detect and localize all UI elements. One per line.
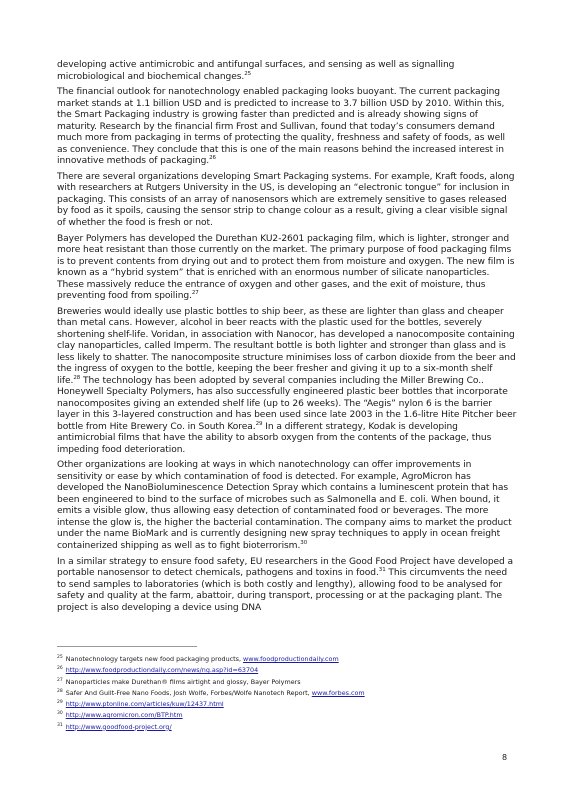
footnote-text: Safer And Guilt-Free Nano Foods, Josh Wo… — [66, 689, 312, 697]
footnote-separator — [57, 646, 197, 647]
paragraph-text: Breweries would ideally use plastic bott… — [57, 307, 516, 386]
paragraph: developing active antimicrobic and antif… — [57, 60, 517, 83]
paragraph-text: Bayer Polymers has developed the Duretha… — [57, 234, 514, 302]
page-number: 8 — [502, 753, 507, 762]
paragraph: Other organizations are looking at ways … — [57, 460, 517, 552]
paragraph: Breweries would ideally use plastic bott… — [57, 307, 517, 457]
footnote-link[interactable]: http://www.ptonline.com/articles/kuw/124… — [66, 700, 224, 708]
footnote-number: 31 — [57, 723, 63, 728]
footnote-text: Nanoparticles make Durethan® films airti… — [66, 678, 301, 686]
footnote-link[interactable]: www.forbes.com — [312, 689, 365, 697]
footnote-link[interactable]: http://www.agromicron.com/BTP.htm — [66, 711, 183, 719]
footnote: 27Nanoparticles make Durethan® films air… — [57, 677, 527, 688]
footnote-ref[interactable]: 30 — [300, 540, 307, 546]
footnote: 29http://www.ptonline.com/articles/kuw/1… — [57, 699, 527, 710]
footnote-number: 29 — [57, 700, 63, 705]
document-body: developing active antimicrobic and antif… — [57, 60, 517, 618]
footnote-ref[interactable]: 31 — [379, 567, 386, 573]
footnote-number: 30 — [57, 711, 63, 716]
footnote-text: Nanotechnology targets new food packagin… — [66, 655, 243, 663]
footnote-number: 27 — [57, 678, 63, 683]
footnote-link[interactable]: http://www.goodfood-project.org/ — [66, 723, 172, 731]
paragraph-text: The financial outlook for nanotechnology… — [57, 87, 505, 166]
paragraph: Bayer Polymers has developed the Duretha… — [57, 234, 517, 303]
footnote-ref[interactable]: 25 — [244, 71, 251, 77]
footnote-number: 26 — [57, 666, 63, 671]
footnote-number: 28 — [57, 689, 63, 694]
footnote: 26http://www.foodproductiondaily.com/new… — [57, 665, 527, 676]
paragraph: There are several organizations developi… — [57, 172, 517, 230]
paragraph-text: Other organizations are looking at ways … — [57, 460, 512, 551]
paragraph: The financial outlook for nanotechnology… — [57, 87, 517, 168]
paragraph: In a similar strategy to ensure food saf… — [57, 557, 517, 615]
footnote: 28Safer And Guilt-Free Nano Foods, Josh … — [57, 688, 527, 699]
paragraph-text: There are several organizations developi… — [57, 172, 514, 228]
footnote-link[interactable]: www.foodproductiondaily.com — [243, 655, 339, 663]
paragraph-text: developing active antimicrobic and antif… — [57, 60, 454, 82]
footnote: 30http://www.agromicron.com/BTP.htm — [57, 710, 527, 721]
footnote: 25Nanotechnology targets new food packag… — [57, 654, 527, 665]
footnote: 31http://www.goodfood-project.org/ — [57, 722, 527, 733]
footnote-ref[interactable]: 27 — [192, 290, 199, 296]
footnote-link[interactable]: http://www.foodproductiondaily.com/news/… — [66, 666, 258, 674]
footnotes: 25Nanotechnology targets new food packag… — [57, 654, 527, 733]
footnote-ref[interactable]: 26 — [209, 155, 216, 161]
footnote-number: 25 — [57, 655, 63, 660]
